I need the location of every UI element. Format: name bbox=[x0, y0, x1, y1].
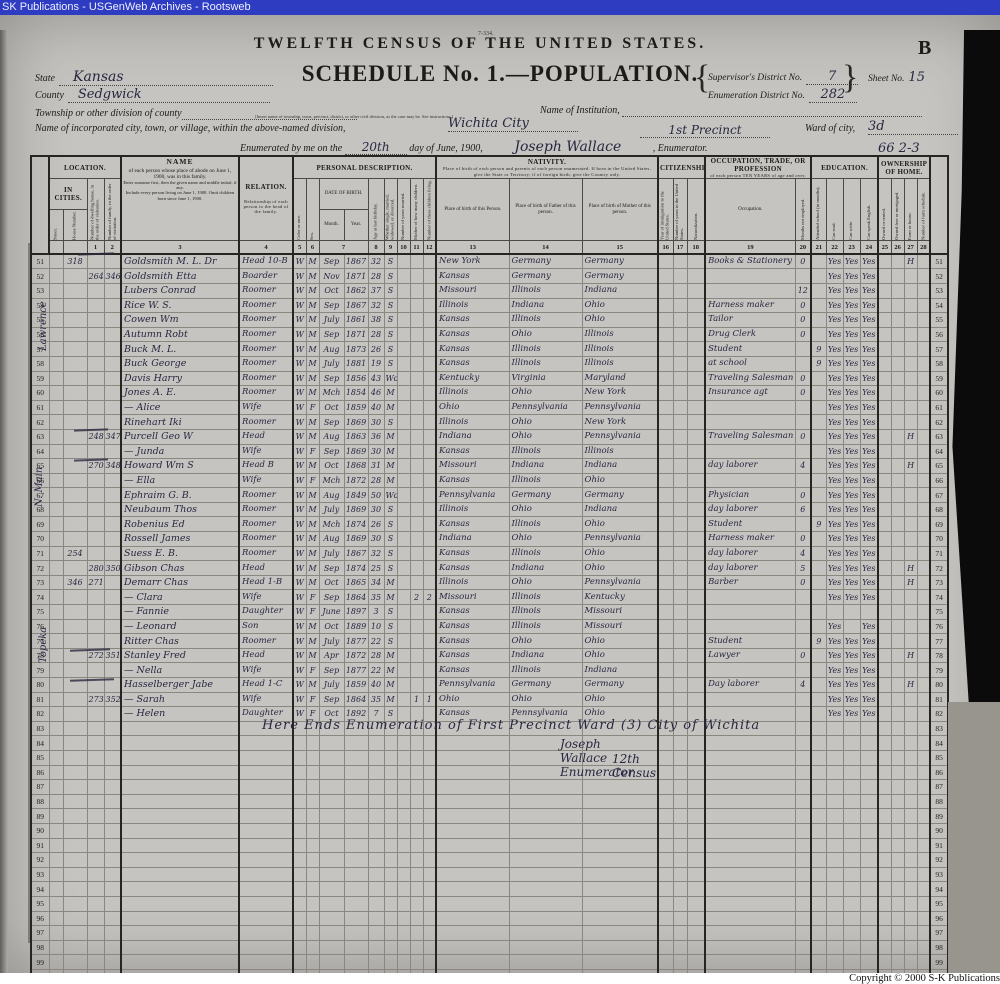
r87-mc bbox=[410, 780, 423, 795]
r85-sc bbox=[811, 750, 826, 765]
col-birth-year: Year. bbox=[344, 210, 368, 241]
census-row-87: 8787 bbox=[31, 780, 948, 795]
r61-en: Yes bbox=[860, 400, 878, 415]
r81-ow bbox=[878, 692, 891, 707]
r89-ag bbox=[368, 809, 384, 824]
col-number: 20 bbox=[795, 241, 811, 255]
r56-ho bbox=[63, 327, 87, 342]
r80-mo: July bbox=[319, 678, 344, 693]
line-number-right: 58 bbox=[930, 356, 948, 371]
census-row-85: 8585 bbox=[31, 750, 948, 765]
r66-co: W bbox=[293, 473, 306, 488]
r62-rel: Roomer bbox=[239, 415, 293, 430]
r71-ow bbox=[878, 546, 891, 561]
r76-pb: Kansas bbox=[436, 619, 509, 634]
r80-ag: 40 bbox=[368, 678, 384, 693]
r68-sc bbox=[811, 502, 826, 517]
r72-rd: Yes bbox=[826, 561, 843, 576]
r71-pm: Ohio bbox=[582, 546, 658, 561]
r63-sc bbox=[811, 429, 826, 444]
col-family-number: Number of family, in the order of visita… bbox=[104, 179, 121, 241]
r51-mn: 0 bbox=[795, 254, 811, 269]
r57-ag: 26 bbox=[368, 342, 384, 357]
r70-cl bbox=[423, 532, 436, 547]
r97-sx bbox=[306, 926, 319, 941]
r80-sc bbox=[811, 678, 826, 693]
r79-fr bbox=[891, 663, 904, 678]
r95-dw bbox=[87, 896, 104, 911]
r93-ym bbox=[397, 867, 410, 882]
r90-name bbox=[121, 823, 239, 838]
r69-ho bbox=[63, 517, 87, 532]
r93-fh bbox=[904, 867, 917, 882]
r66-mc bbox=[410, 473, 423, 488]
r74-sc bbox=[811, 590, 826, 605]
r63-yu bbox=[673, 429, 687, 444]
r58-ow bbox=[878, 356, 891, 371]
r58-yu bbox=[673, 356, 687, 371]
r65-rd: Yes bbox=[826, 459, 843, 474]
r77-en: Yes bbox=[860, 634, 878, 649]
scan-left-edge bbox=[0, 30, 8, 984]
r71-im bbox=[658, 546, 673, 561]
r85-fa bbox=[104, 750, 121, 765]
r65-co: W bbox=[293, 459, 306, 474]
r76-yu bbox=[673, 619, 687, 634]
census-row-99: 9999 bbox=[31, 955, 948, 970]
r79-mn bbox=[795, 663, 811, 678]
r60-fs bbox=[917, 386, 930, 401]
census-row-89: 8989 bbox=[31, 809, 948, 824]
r71-sc bbox=[811, 546, 826, 561]
scan-fold-line bbox=[28, 243, 30, 943]
r68-rd: Yes bbox=[826, 502, 843, 517]
r80-name: Hasselberger Jabe bbox=[121, 678, 239, 693]
r66-na bbox=[687, 473, 705, 488]
r56-wr: Yes bbox=[843, 327, 860, 342]
r77-oc: Student bbox=[705, 634, 795, 649]
r66-name: — Ella bbox=[121, 473, 239, 488]
r91-cl bbox=[423, 838, 436, 853]
r67-mn: 0 bbox=[795, 488, 811, 503]
r80-pf: Germany bbox=[509, 678, 582, 693]
r63-st bbox=[49, 429, 63, 444]
census-row-96: 9696 bbox=[31, 911, 948, 926]
r95-rd bbox=[826, 896, 843, 911]
r89-cl bbox=[423, 809, 436, 824]
r66-fs bbox=[917, 473, 930, 488]
r79-pb: Kansas bbox=[436, 663, 509, 678]
r88-sx bbox=[306, 794, 319, 809]
r96-name bbox=[121, 911, 239, 926]
r69-yr: 1874 bbox=[344, 517, 368, 532]
r89-wr bbox=[843, 809, 860, 824]
r99-na bbox=[687, 955, 705, 970]
r53-co: W bbox=[293, 283, 306, 298]
r54-cl bbox=[423, 298, 436, 313]
r99-yr bbox=[344, 955, 368, 970]
r64-wr: Yes bbox=[843, 444, 860, 459]
r75-fa bbox=[104, 605, 121, 620]
census-row-86: 8686 bbox=[31, 765, 948, 780]
r61-yr: 1859 bbox=[344, 400, 368, 415]
r92-rd bbox=[826, 853, 843, 868]
r78-mn: 0 bbox=[795, 648, 811, 663]
r72-pf: Indiana bbox=[509, 561, 582, 576]
r53-rd: Yes bbox=[826, 283, 843, 298]
r79-mo: Sep bbox=[319, 663, 344, 678]
r57-co: W bbox=[293, 342, 306, 357]
r58-rd: Yes bbox=[826, 356, 843, 371]
r88-na bbox=[687, 794, 705, 809]
r52-fa: 346 bbox=[104, 269, 121, 284]
supervisors-district-label: Supervisor's District No. bbox=[708, 73, 802, 83]
r56-ow bbox=[878, 327, 891, 342]
line-number-right: 67 bbox=[930, 488, 948, 503]
r86-fa bbox=[104, 765, 121, 780]
r54-mc bbox=[410, 298, 423, 313]
r61-rel: Wife bbox=[239, 400, 293, 415]
r62-fr bbox=[891, 415, 904, 430]
r60-cl bbox=[423, 386, 436, 401]
r99-pf bbox=[509, 955, 582, 970]
r80-pb: Pennsylvania bbox=[436, 678, 509, 693]
r84-mn bbox=[795, 736, 811, 751]
line-number-right: 62 bbox=[930, 415, 948, 430]
r60-pf: Ohio bbox=[509, 386, 582, 401]
r79-oc bbox=[705, 663, 795, 678]
r52-ow bbox=[878, 269, 891, 284]
line-number-right: 70 bbox=[930, 532, 948, 547]
r56-cl bbox=[423, 327, 436, 342]
r58-sx: M bbox=[306, 356, 319, 371]
r66-ag: 28 bbox=[368, 473, 384, 488]
r55-rd: Yes bbox=[826, 313, 843, 328]
r65-st bbox=[49, 459, 63, 474]
margin-note-66: 66 2-3 bbox=[878, 141, 920, 156]
r66-sx: F bbox=[306, 473, 319, 488]
r56-en: Yes bbox=[860, 327, 878, 342]
r64-sx: F bbox=[306, 444, 319, 459]
r52-ms: S bbox=[384, 269, 397, 284]
r80-cl bbox=[423, 678, 436, 693]
r73-mc bbox=[410, 575, 423, 590]
r68-rel: Roomer bbox=[239, 502, 293, 517]
r51-pf: Germany bbox=[509, 254, 582, 269]
r54-ho bbox=[63, 298, 87, 313]
r75-mc bbox=[410, 605, 423, 620]
r86-oc bbox=[705, 765, 795, 780]
r92-im bbox=[658, 853, 673, 868]
r98-sc bbox=[811, 940, 826, 955]
line-number-right: 84 bbox=[930, 736, 948, 751]
r97-oc bbox=[705, 926, 795, 941]
r88-rd bbox=[826, 794, 843, 809]
r58-sc: 9 bbox=[811, 356, 826, 371]
r61-dw bbox=[87, 400, 104, 415]
r68-fa bbox=[104, 502, 121, 517]
r85-mo bbox=[319, 750, 344, 765]
r79-sc bbox=[811, 663, 826, 678]
r51-rd: Yes bbox=[826, 254, 843, 269]
r94-mo bbox=[319, 882, 344, 897]
r88-mc bbox=[410, 794, 423, 809]
r89-sc bbox=[811, 809, 826, 824]
col-number: 15 bbox=[582, 241, 658, 255]
r87-sx bbox=[306, 780, 319, 795]
r95-pf bbox=[509, 896, 582, 911]
r99-mc bbox=[410, 955, 423, 970]
r94-na bbox=[687, 882, 705, 897]
r82-dw bbox=[87, 707, 104, 722]
line-number-right: 63 bbox=[930, 429, 948, 444]
r60-pm: New York bbox=[582, 386, 658, 401]
r56-fs bbox=[917, 327, 930, 342]
r72-mo: Sep bbox=[319, 561, 344, 576]
r54-ow bbox=[878, 298, 891, 313]
r98-en bbox=[860, 940, 878, 955]
r67-pm: Germany bbox=[582, 488, 658, 503]
r77-ow bbox=[878, 634, 891, 649]
census-row-60: 60Jones A. E.RoomerWMMch185446MIllinoisO… bbox=[31, 386, 948, 401]
r52-pm: Germany bbox=[582, 269, 658, 284]
r98-fr bbox=[891, 940, 904, 955]
r59-pm: Maryland bbox=[582, 371, 658, 386]
r51-ym bbox=[397, 254, 410, 269]
r90-pb bbox=[436, 823, 509, 838]
r64-yr: 1869 bbox=[344, 444, 368, 459]
r89-yr bbox=[344, 809, 368, 824]
r74-ym bbox=[397, 590, 410, 605]
r60-im bbox=[658, 386, 673, 401]
r52-name: Goldsmith Etta bbox=[121, 269, 239, 284]
r66-en: Yes bbox=[860, 473, 878, 488]
r90-fs bbox=[917, 823, 930, 838]
r84-im bbox=[658, 736, 673, 751]
census-row-93: 9393 bbox=[31, 867, 948, 882]
col-number: 4 bbox=[239, 241, 293, 255]
r56-mo: Sep bbox=[319, 327, 344, 342]
r93-name bbox=[121, 867, 239, 882]
r57-sc: 9 bbox=[811, 342, 826, 357]
r89-ym bbox=[397, 809, 410, 824]
r54-pb: Illinois bbox=[436, 298, 509, 313]
r73-wr: Yes bbox=[843, 575, 860, 590]
r98-rd bbox=[826, 940, 843, 955]
r72-ho bbox=[63, 561, 87, 576]
r58-st bbox=[49, 356, 63, 371]
r94-pb bbox=[436, 882, 509, 897]
r90-mc bbox=[410, 823, 423, 838]
r63-pb: Indiana bbox=[436, 429, 509, 444]
r52-yu bbox=[673, 269, 687, 284]
r56-ym bbox=[397, 327, 410, 342]
r62-ow bbox=[878, 415, 891, 430]
r75-ym bbox=[397, 605, 410, 620]
r99-yu bbox=[673, 955, 687, 970]
r70-yr: 1869 bbox=[344, 532, 368, 547]
r72-fh: H bbox=[904, 561, 917, 576]
r99-ym bbox=[397, 955, 410, 970]
r57-fa bbox=[104, 342, 121, 357]
r90-ho bbox=[63, 823, 87, 838]
r93-dw bbox=[87, 867, 104, 882]
r96-fr bbox=[891, 911, 904, 926]
sheet-no: Sheet No. 15 bbox=[868, 68, 925, 86]
r69-fa bbox=[104, 517, 121, 532]
r77-cl bbox=[423, 634, 436, 649]
r62-pb: Illinois bbox=[436, 415, 509, 430]
r78-im bbox=[658, 648, 673, 663]
r55-pb: Kansas bbox=[436, 313, 509, 328]
r85-mc bbox=[410, 750, 423, 765]
r75-rel: Daughter bbox=[239, 605, 293, 620]
r72-rel: Head bbox=[239, 561, 293, 576]
r85-dw bbox=[87, 750, 104, 765]
r60-sc bbox=[811, 386, 826, 401]
col-years-married: Number of years married. bbox=[397, 179, 410, 241]
r77-co: W bbox=[293, 634, 306, 649]
line-number-left: 58 bbox=[31, 356, 49, 371]
r64-fh bbox=[904, 444, 917, 459]
r99-wr bbox=[843, 955, 860, 970]
r65-wr: Yes bbox=[843, 459, 860, 474]
col-sex: Sex. bbox=[306, 179, 319, 241]
r56-fr bbox=[891, 327, 904, 342]
r80-ym bbox=[397, 678, 410, 693]
r51-yr: 1867 bbox=[344, 254, 368, 269]
line-number-right: 72 bbox=[930, 561, 948, 576]
r74-rel: Wife bbox=[239, 590, 293, 605]
r76-sx: M bbox=[306, 619, 319, 634]
r78-pf: Indiana bbox=[509, 648, 582, 663]
r97-fh bbox=[904, 926, 917, 941]
r51-ag: 32 bbox=[368, 254, 384, 269]
r58-pf: Illinois bbox=[509, 356, 582, 371]
r92-pb bbox=[436, 853, 509, 868]
r54-co: W bbox=[293, 298, 306, 313]
line-number-right: 87 bbox=[930, 780, 948, 795]
r78-rd: Yes bbox=[826, 648, 843, 663]
r74-st bbox=[49, 590, 63, 605]
r65-yu bbox=[673, 459, 687, 474]
r66-cl bbox=[423, 473, 436, 488]
r88-oc bbox=[705, 794, 795, 809]
r76-rd: Yes bbox=[826, 619, 843, 634]
r81-ym bbox=[397, 692, 410, 707]
r74-ho bbox=[63, 590, 87, 605]
r51-sx: M bbox=[306, 254, 319, 269]
r64-oc bbox=[705, 444, 795, 459]
r55-fr bbox=[891, 313, 904, 328]
r58-im bbox=[658, 356, 673, 371]
r99-fa bbox=[104, 955, 121, 970]
r61-wr: Yes bbox=[843, 400, 860, 415]
col-mother-of-children: Mother of how many children. bbox=[410, 179, 423, 241]
line-number-right: 79 bbox=[930, 663, 948, 678]
r74-fh bbox=[904, 590, 917, 605]
r62-yr: 1869 bbox=[344, 415, 368, 430]
r61-st bbox=[49, 400, 63, 415]
r57-oc: Student bbox=[705, 342, 795, 357]
enumerated-pre: Enumerated by me on the bbox=[240, 143, 342, 154]
r74-wr: Yes bbox=[843, 590, 860, 605]
census-row-66: 66— EllaWifeWFMch187228MKansasIllinoisOh… bbox=[31, 473, 948, 488]
r63-ym bbox=[397, 429, 410, 444]
r62-yu bbox=[673, 415, 687, 430]
r97-rel bbox=[239, 926, 293, 941]
r74-yu bbox=[673, 590, 687, 605]
r95-im bbox=[658, 896, 673, 911]
r71-cl bbox=[423, 546, 436, 561]
r87-rel bbox=[239, 780, 293, 795]
r51-co: W bbox=[293, 254, 306, 269]
r76-fa bbox=[104, 619, 121, 634]
r63-ms: M bbox=[384, 429, 397, 444]
r53-yr: 1862 bbox=[344, 283, 368, 298]
r75-wr bbox=[843, 605, 860, 620]
r57-name: Buck M. L. bbox=[121, 342, 239, 357]
r69-pb: Kansas bbox=[436, 517, 509, 532]
r73-fs bbox=[917, 575, 930, 590]
r59-na bbox=[687, 371, 705, 386]
r63-mo: Aug bbox=[319, 429, 344, 444]
r94-fs bbox=[917, 882, 930, 897]
r63-rd: Yes bbox=[826, 429, 843, 444]
r54-rd: Yes bbox=[826, 298, 843, 313]
r65-sx: M bbox=[306, 459, 319, 474]
r92-ow bbox=[878, 853, 891, 868]
r88-ms bbox=[384, 794, 397, 809]
r96-st bbox=[49, 911, 63, 926]
r98-mc bbox=[410, 940, 423, 955]
r73-na bbox=[687, 575, 705, 590]
r56-ag: 28 bbox=[368, 327, 384, 342]
r96-fs bbox=[917, 911, 930, 926]
r98-fh bbox=[904, 940, 917, 955]
r84-sx bbox=[306, 736, 319, 751]
line-number-right: 73 bbox=[930, 575, 948, 590]
r87-pf bbox=[509, 780, 582, 795]
r72-pb: Kansas bbox=[436, 561, 509, 576]
r64-sc bbox=[811, 444, 826, 459]
r87-pb bbox=[436, 780, 509, 795]
r57-mn bbox=[795, 342, 811, 357]
r81-en: Yes bbox=[860, 692, 878, 707]
r81-pm: Ohio bbox=[582, 692, 658, 707]
r98-ho bbox=[63, 940, 87, 955]
r88-fr bbox=[891, 794, 904, 809]
r60-oc: Insurance agt bbox=[705, 386, 795, 401]
r61-pb: Ohio bbox=[436, 400, 509, 415]
r76-im bbox=[658, 619, 673, 634]
r91-ms bbox=[384, 838, 397, 853]
r54-oc: Harness maker bbox=[705, 298, 795, 313]
r78-ms: M bbox=[384, 648, 397, 663]
col-marital-status: Whether single, married, widowed, or div… bbox=[384, 179, 397, 241]
r55-im bbox=[658, 313, 673, 328]
r75-co: W bbox=[293, 605, 306, 620]
line-number-right: 66 bbox=[930, 473, 948, 488]
r78-cl bbox=[423, 648, 436, 663]
line-number-left: 70 bbox=[31, 532, 49, 547]
r60-ms: M bbox=[384, 386, 397, 401]
r98-pf bbox=[509, 940, 582, 955]
r63-mc bbox=[410, 429, 423, 444]
r91-fs bbox=[917, 838, 930, 853]
r84-fh bbox=[904, 736, 917, 751]
r97-ym bbox=[397, 926, 410, 941]
